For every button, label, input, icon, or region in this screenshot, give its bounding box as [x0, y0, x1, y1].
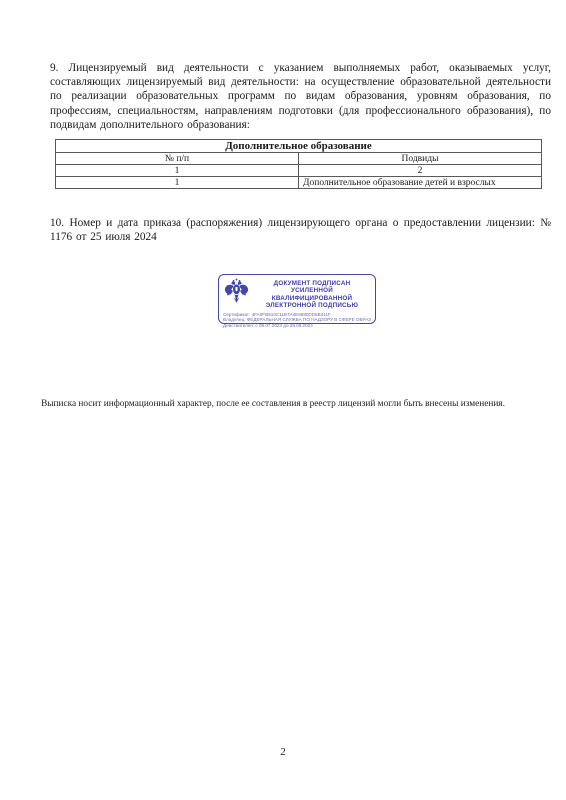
stamp-title-line-3: ЭЛЕКТРОННОЙ ПОДПИСЬЮ — [253, 302, 371, 309]
stamp-title-line-2: УСИЛЕННОЙ КВАЛИФИЦИРОВАННОЙ — [253, 287, 371, 302]
stamp-header: ДОКУМЕНТ ПОДПИСАН УСИЛЕННОЙ КВАЛИФИЦИРОВ… — [223, 278, 371, 310]
table-title: Дополнительное образование — [56, 140, 542, 153]
electronic-signature-stamp: ДОКУМЕНТ ПОДПИСАН УСИЛЕННОЙ КВАЛИФИЦИРОВ… — [218, 274, 376, 324]
table-row: 1 Дополнительное образование детей и взр… — [56, 177, 542, 189]
paragraph-licensed-activity: 9. Лицензируемый вид деятельности с указ… — [50, 61, 551, 132]
informational-note: Выписка носит информационный характер, п… — [0, 399, 546, 409]
table-column-index-row: 1 2 — [56, 165, 542, 177]
paragraph-order-number-date: 10. Номер и дата приказа (распоряжения) … — [50, 216, 551, 244]
column-index-2: 2 — [299, 165, 542, 177]
stamp-title: ДОКУМЕНТ ПОДПИСАН УСИЛЕННОЙ КВАЛИФИЦИРОВ… — [253, 278, 371, 310]
row-subtype-cell: Дополнительное образование детей и взрос… — [299, 177, 542, 189]
column-header-subtypes: Подвиды — [299, 153, 542, 165]
column-index-1: 1 — [56, 165, 299, 177]
table-title-row: Дополнительное образование — [56, 140, 542, 153]
table-header-row: № п/п Подвиды — [56, 153, 542, 165]
page-number: 2 — [0, 746, 566, 758]
stamp-validity: Действителен: с 08.07.2023 до 28.09.2024 — [223, 323, 371, 329]
row-number-cell: 1 — [56, 177, 299, 189]
stamp-owner: Владелец: ФЕДЕРАЛЬНАЯ СЛУЖБА ПО НАДЗОРУ … — [223, 317, 371, 323]
stamp-details: Сертификат: 4FA0FB910C11B7A4E6880DD6B411… — [223, 312, 371, 329]
double-headed-eagle-icon — [223, 278, 250, 304]
additional-education-table: Дополнительное образование № п/п Подвиды… — [55, 139, 542, 189]
column-header-number: № п/п — [56, 153, 299, 165]
document-page: 9. Лицензируемый вид деятельности с указ… — [0, 0, 566, 800]
